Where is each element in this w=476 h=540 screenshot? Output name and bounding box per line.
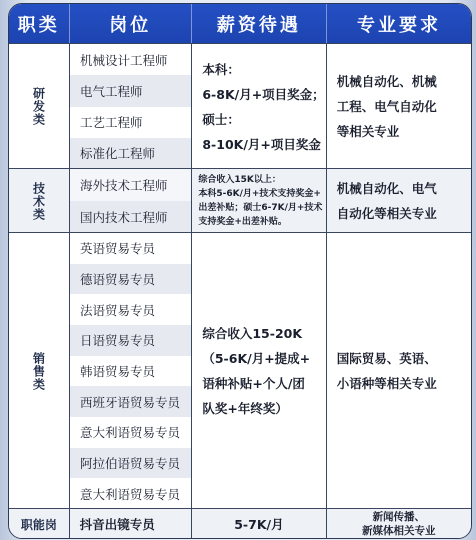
position-item: 海外技术工程师 (70, 169, 191, 201)
requirement-cell: 新闻传播、 新媒体相关专业 (327, 509, 471, 539)
requirement-line: 小语种等相关专业 (337, 371, 471, 396)
position-item: 德语贸易专员 (70, 264, 191, 295)
category-label: 技术类 (9, 169, 70, 233)
salary-cell: 本科： 6-8K/月+项目奖金； 硕士： 8-10K/月+项目奖金 (192, 44, 326, 169)
salary-line: （5-6K/月+提成+ (202, 346, 325, 371)
position-item: 机械设计工程师 (70, 44, 191, 75)
category-label: 研发类 (9, 44, 70, 169)
salary-line: 队奖+年终奖） (202, 396, 325, 421)
position-item: 法语贸易专员 (70, 294, 191, 325)
position-list: 海外技术工程师 国内技术工程师 (70, 169, 192, 233)
salary-line: 硕士： (202, 107, 325, 132)
position-item: 国内技术工程师 (70, 201, 191, 233)
header-position: 岗位 (70, 4, 192, 43)
salary-line: 综合收入15K以上： (198, 173, 325, 187)
salary-line: 支持奖金+出差补贴。 (198, 215, 325, 229)
requirement-line: 自动化等相关专业 (337, 201, 471, 226)
requirement-line: 国际贸易、英语、 (337, 346, 471, 371)
position-item: 西班牙语贸易专员 (70, 386, 191, 417)
position-item: 工艺工程师 (70, 107, 191, 138)
position-list: 英语贸易专员 德语贸易专员 法语贸易专员 日语贸易专员 韩语贸易专员 西班牙语贸… (70, 233, 192, 509)
position-item: 意大利语贸易专员 (70, 417, 191, 448)
position-item: 电气工程师 (70, 75, 191, 106)
position-list: 机械设计工程师 电气工程师 工艺工程师 标准化工程师 (70, 44, 192, 169)
requirement-line: 等相关专业 (337, 119, 471, 144)
header-requirement: 专业要求 (327, 4, 471, 43)
category-label: 职能岗 (9, 509, 70, 539)
salary-cell: 5-7K/月 (192, 509, 326, 539)
header-salary: 薪资待遇 (192, 4, 327, 43)
salary-line: 6-8K/月+项目奖金； (202, 82, 325, 107)
salary-line: 语种补贴+个人/团 (202, 371, 325, 396)
salary-line: 本科： (202, 57, 325, 82)
position-item: 英语贸易专员 (70, 233, 191, 264)
section-sales: 销售类 英语贸易专员 德语贸易专员 法语贸易专员 日语贸易专员 韩语贸易专员 西… (9, 232, 471, 509)
section-tech: 技术类 海外技术工程师 国内技术工程师 综合收入15K以上： 本科5-6K/月+… (9, 168, 471, 233)
position-item: 意大利语贸易专员 (70, 478, 191, 509)
salary-line: 综合收入15-20K (202, 321, 325, 346)
requirement-cell: 机械自动化、机械 工程、电气自动化 等相关专业 (327, 44, 471, 169)
requirement-line: 新闻传播、 (373, 510, 426, 524)
salary-line: 8-10K/月+项目奖金 (202, 132, 325, 157)
salary-line: 5-7K/月 (234, 512, 283, 537)
salary-line: 出差补贴；硕士6-7K/月+技术 (198, 201, 325, 215)
position-item: 阿拉伯语贸易专员 (70, 448, 191, 479)
requirement-line: 机械自动化、机械 (337, 69, 471, 94)
requirement-line: 机械自动化、电气 (337, 176, 471, 201)
requirement-line: 工程、电气自动化 (337, 94, 471, 119)
position-item: 韩语贸易专员 (70, 356, 191, 387)
recruitment-table: 职类 岗位 薪资待遇 专业要求 研发类 机械设计工程师 电气工程师 工艺工程师 … (8, 3, 472, 539)
requirement-cell: 机械自动化、电气 自动化等相关专业 (327, 169, 471, 233)
category-label: 销售类 (9, 233, 70, 509)
section-functional: 职能岗 抖音出镜专员 5-7K/月 新闻传播、 新媒体相关专业 (9, 508, 471, 539)
position-item: 标准化工程师 (70, 138, 191, 169)
position-list: 抖音出镜专员 (70, 509, 192, 539)
requirement-line: 新媒体相关专业 (362, 524, 436, 538)
header-category: 职类 (9, 4, 70, 43)
requirement-cell: 国际贸易、英语、 小语种等相关专业 (327, 233, 471, 509)
table-header: 职类 岗位 薪资待遇 专业要求 (9, 4, 471, 43)
salary-line: 本科5-6K/月+技术支持奖金+ (198, 187, 325, 201)
position-item: 日语贸易专员 (70, 325, 191, 356)
salary-cell: 综合收入15K以上： 本科5-6K/月+技术支持奖金+ 出差补贴；硕士6-7K/… (192, 169, 326, 233)
salary-cell: 综合收入15-20K （5-6K/月+提成+ 语种补贴+个人/团 队奖+年终奖） (192, 233, 326, 509)
section-rd: 研发类 机械设计工程师 电气工程师 工艺工程师 标准化工程师 本科： 6-8K/… (9, 43, 471, 169)
position-item: 抖音出镜专员 (70, 509, 191, 539)
